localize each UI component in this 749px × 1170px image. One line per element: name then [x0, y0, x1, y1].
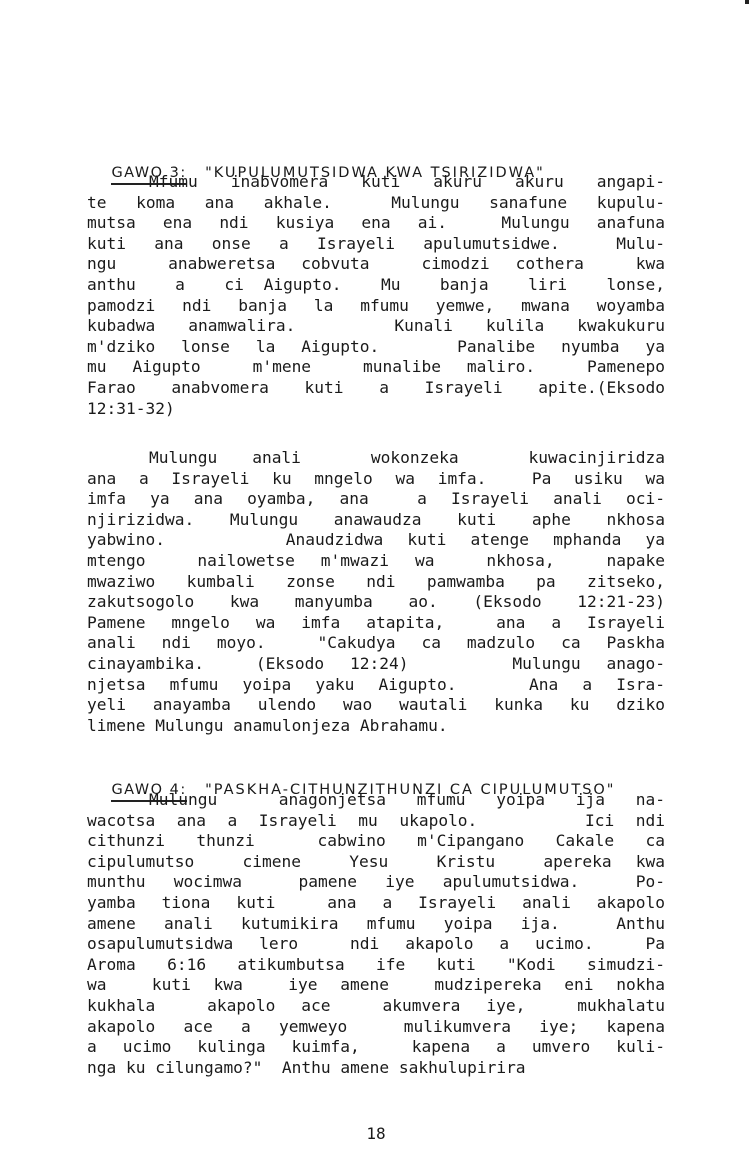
text-line: kuti ana onse a Israyeli apulumutsidwe. … — [87, 234, 665, 255]
text-line: anali ndi moyo. "Cakudya ca madzulo ca P… — [87, 633, 665, 654]
text-line: kukhala akapolo ace akumvera iye, mukhal… — [87, 996, 665, 1017]
text-line: imfa ya ana oyamba, ana a Israyeli anali… — [87, 489, 665, 510]
text-line: njetsa mfumu yoipa yaku Aigupto. Ana a I… — [87, 675, 665, 696]
page-number: 18 — [87, 1124, 665, 1143]
text-line: Farao anabvomera kuti a Israyeli apite.(… — [87, 378, 665, 399]
text-line: njirizidwa. Mulungu anawaudza kuti aphe … — [87, 510, 665, 531]
text-line: wacotsa ana a Israyeli mu ukapolo. Ici n… — [87, 811, 665, 832]
text-line: Mfumu inabvomera kuti akuru akuru angapi… — [87, 172, 665, 193]
text-line: Mulungu anagonjetsa mfumu yoipa ija na- — [87, 790, 665, 811]
text-line: yeli anayamba ulendo wao wautali kunka k… — [87, 695, 665, 716]
text-line: yamba tiona kuti ana a Israyeli anali ak… — [87, 893, 665, 914]
text-line: wa kuti kwa iye amene mudzipereka eni no… — [87, 975, 665, 996]
text-line: Pamene mngelo wa imfa atapita, ana a Isr… — [87, 613, 665, 634]
paragraph-2: Mulungu anali wokonzeka kuwacinjiridzaan… — [87, 448, 665, 736]
text-line: mwaziwo kumbali zonse ndi pamwamba pa zi… — [87, 572, 665, 593]
text-line: zakutsogolo kwa manyumba ao. (Eksodo 12:… — [87, 592, 665, 613]
text-line: anthu a ci Aigupto. Mu banja liri lonse, — [87, 275, 665, 296]
text-line: munthu wocimwa pamene iye apulumutsidwa.… — [87, 872, 665, 893]
text-line: ngu anabweretsa cobvuta cimodzi cothera … — [87, 254, 665, 275]
paragraph-3: Mulungu anagonjetsa mfumu yoipa ija na-w… — [87, 790, 665, 1078]
text-line: cithunzi thunzi cabwino m'Cipangano Caka… — [87, 831, 665, 852]
text-line: mutsa ena ndi kusiya ena ai. Mulungu ana… — [87, 213, 665, 234]
text-line: nga ku cilungamo?" Anthu amene sakhulupi… — [87, 1058, 665, 1079]
text-line: cipulumutso cimene Yesu Kristu apereka k… — [87, 852, 665, 873]
text-line: pamodzi ndi banja la mfumu yemwe, mwana … — [87, 296, 665, 317]
text-line: mtengo nailowetse m'mwazi wa nkhosa, nap… — [87, 551, 665, 572]
text-line: osapulumutsidwa lero ndi akapolo a ucimo… — [87, 934, 665, 955]
text-line: a ucimo kulinga kuimfa, kapena a umvero … — [87, 1037, 665, 1058]
text-line: Mulungu anali wokonzeka kuwacinjiridza — [87, 448, 665, 469]
text-line: mu Aigupto m'mene munalibe maliro. Pamen… — [87, 357, 665, 378]
text-line: limene Mulungu anamulonjeza Abrahamu. — [87, 716, 665, 737]
text-line: akapolo ace a yemweyo mulikumvera iye; k… — [87, 1017, 665, 1038]
text-line: te koma ana akhale. Mulungu sanafune kup… — [87, 193, 665, 214]
paragraph-1: Mfumu inabvomera kuti akuru akuru angapi… — [87, 172, 665, 419]
text-line: kubadwa anamwalira. Kunali kulila kwakuk… — [87, 316, 665, 337]
text-line: m'dziko lonse la Aigupto. Panalibe nyumb… — [87, 337, 665, 358]
text-line: Aroma 6:16 atikumbutsa ife kuti "Kodi si… — [87, 955, 665, 976]
text-line: ana a Israyeli ku mngelo wa imfa. Pa usi… — [87, 469, 665, 490]
text-line: yabwino. Anaudzidwa kuti atenge mphanda … — [87, 530, 665, 551]
text-line: amene anali kutumikira mfumu yoipa ija. … — [87, 914, 665, 935]
text-line: cinayambika. (Eksodo 12:24) Mulungu anag… — [87, 654, 665, 675]
scan-corner-mark — [745, 0, 749, 4]
text-line: 12:31-32) — [87, 399, 665, 420]
